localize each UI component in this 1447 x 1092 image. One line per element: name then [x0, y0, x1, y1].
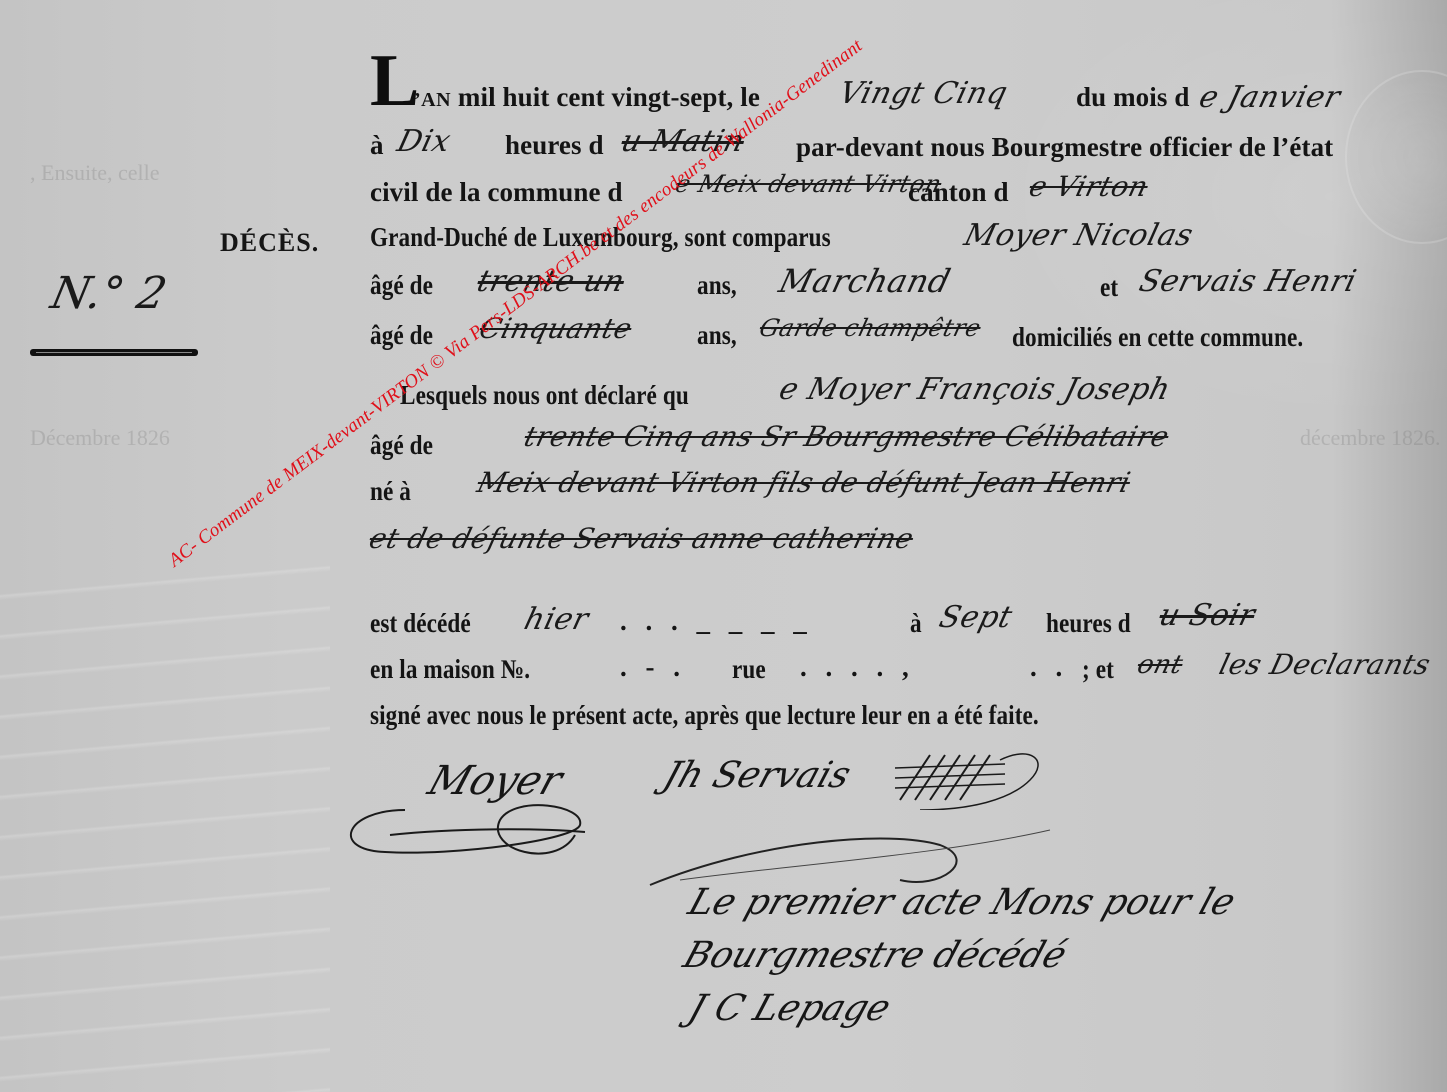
signature-servais: Jh Servais: [658, 755, 855, 796]
note-line-2: Bourgmestre décédé: [678, 935, 1071, 976]
printed-text: civil de la commune d: [370, 177, 623, 208]
printed-text: Lesquels nous ont déclaré qu: [400, 380, 689, 411]
bleed-through-text: Décembre 1826: [30, 425, 170, 451]
printed-text: âgé de: [370, 270, 433, 301]
embossed-seal: [1345, 70, 1447, 244]
filler-dots: . . . _ _ _ _: [620, 606, 813, 637]
printed-text: est décédé: [370, 608, 471, 639]
filler-dots: . .: [1030, 652, 1068, 683]
handwritten-declarants: les Declarants: [1216, 648, 1434, 681]
printed-text: en la maison №.: [370, 654, 530, 685]
filler-dots: . - .: [620, 652, 686, 683]
handwritten-declarant-1-occupation: Marchand: [775, 262, 954, 300]
printed-text: né à: [370, 476, 411, 507]
signature-underline-flourish-icon: [640, 810, 1060, 890]
signature-lepage: J C Lepage: [683, 988, 895, 1029]
printed-text: ans,: [697, 320, 737, 351]
handwritten-death-hour: Sept: [936, 600, 1016, 635]
filler-dots: . . . . ,: [800, 652, 915, 683]
handwritten-declarant-1: Moyer Nicolas: [961, 218, 1197, 253]
printed-text: mil huit cent vingt-sept, le: [458, 82, 760, 112]
handwritten-commune: e Meix devant Virton: [673, 170, 945, 198]
printed-text: à: [910, 608, 922, 639]
handwritten-declarant-2: Servais Henri: [1136, 264, 1360, 299]
printed-text: ans,: [697, 270, 737, 301]
printed-text: par-devant nous Bourgmestre officier de …: [796, 132, 1333, 163]
handwritten-deceased-name: e Moyer François Joseph: [776, 372, 1174, 407]
handwritten-struck-text: ont: [1134, 650, 1186, 680]
note-line-1: Le premier acte Mons pour le: [683, 882, 1240, 923]
printed-text: rue: [732, 654, 766, 685]
handwritten-mother: et de défunte Servais anne catherine: [366, 522, 917, 555]
signature-flourish-icon: [335, 780, 595, 870]
bleed-through-text: , Ensuite, celle: [30, 160, 160, 186]
printed-line-1: ’AN mil huit cent vingt-sept, le: [414, 82, 760, 113]
document-page: , Ensuite, celle Décembre 1826 décembre …: [0, 0, 1447, 1092]
handwritten-hour: Dix: [394, 124, 455, 159]
act-number: N.° 2: [47, 268, 171, 319]
printed-text: signé avec nous le présent acte, après q…: [370, 700, 1039, 731]
signature-paraph-icon: [880, 740, 1050, 810]
handwritten-canton: e Virton: [1026, 170, 1152, 203]
section-heading-deces: DÉCÈS.: [220, 228, 319, 258]
dropcap-letter: L: [370, 44, 419, 118]
handwritten-day: Vingt Cinq: [836, 76, 1012, 111]
handwritten-birthplace-parents: Meix devant Virton fils de défunt Jean H…: [474, 466, 1134, 499]
handwritten-death-time-of-day: u Soir: [1156, 598, 1259, 633]
printed-text: domiciliés en cette commune.: [1012, 322, 1303, 353]
printed-text: du mois d: [1076, 82, 1189, 113]
printed-text: heures d: [505, 130, 604, 161]
printed-text: heures d: [1046, 608, 1131, 639]
printed-text: âgé de: [370, 320, 433, 351]
handwritten-month: e Janvier: [1196, 80, 1344, 115]
paper-texture: [0, 560, 330, 1092]
printed-text: ; et: [1082, 654, 1114, 685]
smallcaps-an: ’AN: [414, 89, 451, 111]
bleed-through-text: décembre 1826.: [1300, 425, 1441, 451]
printed-text: âgé de: [370, 430, 433, 461]
printed-text: canton d: [908, 177, 1009, 208]
act-number-underline: [30, 349, 198, 356]
handwritten-date-of-death: hier: [521, 602, 593, 637]
printed-text: à: [370, 130, 384, 161]
printed-text: et: [1100, 272, 1118, 303]
handwritten-declarant-2-occupation: Garde champêtre: [757, 314, 984, 342]
handwritten-deceased-details: trente Cinq ans Sr Bourgmestre Célibatai…: [521, 420, 1173, 453]
